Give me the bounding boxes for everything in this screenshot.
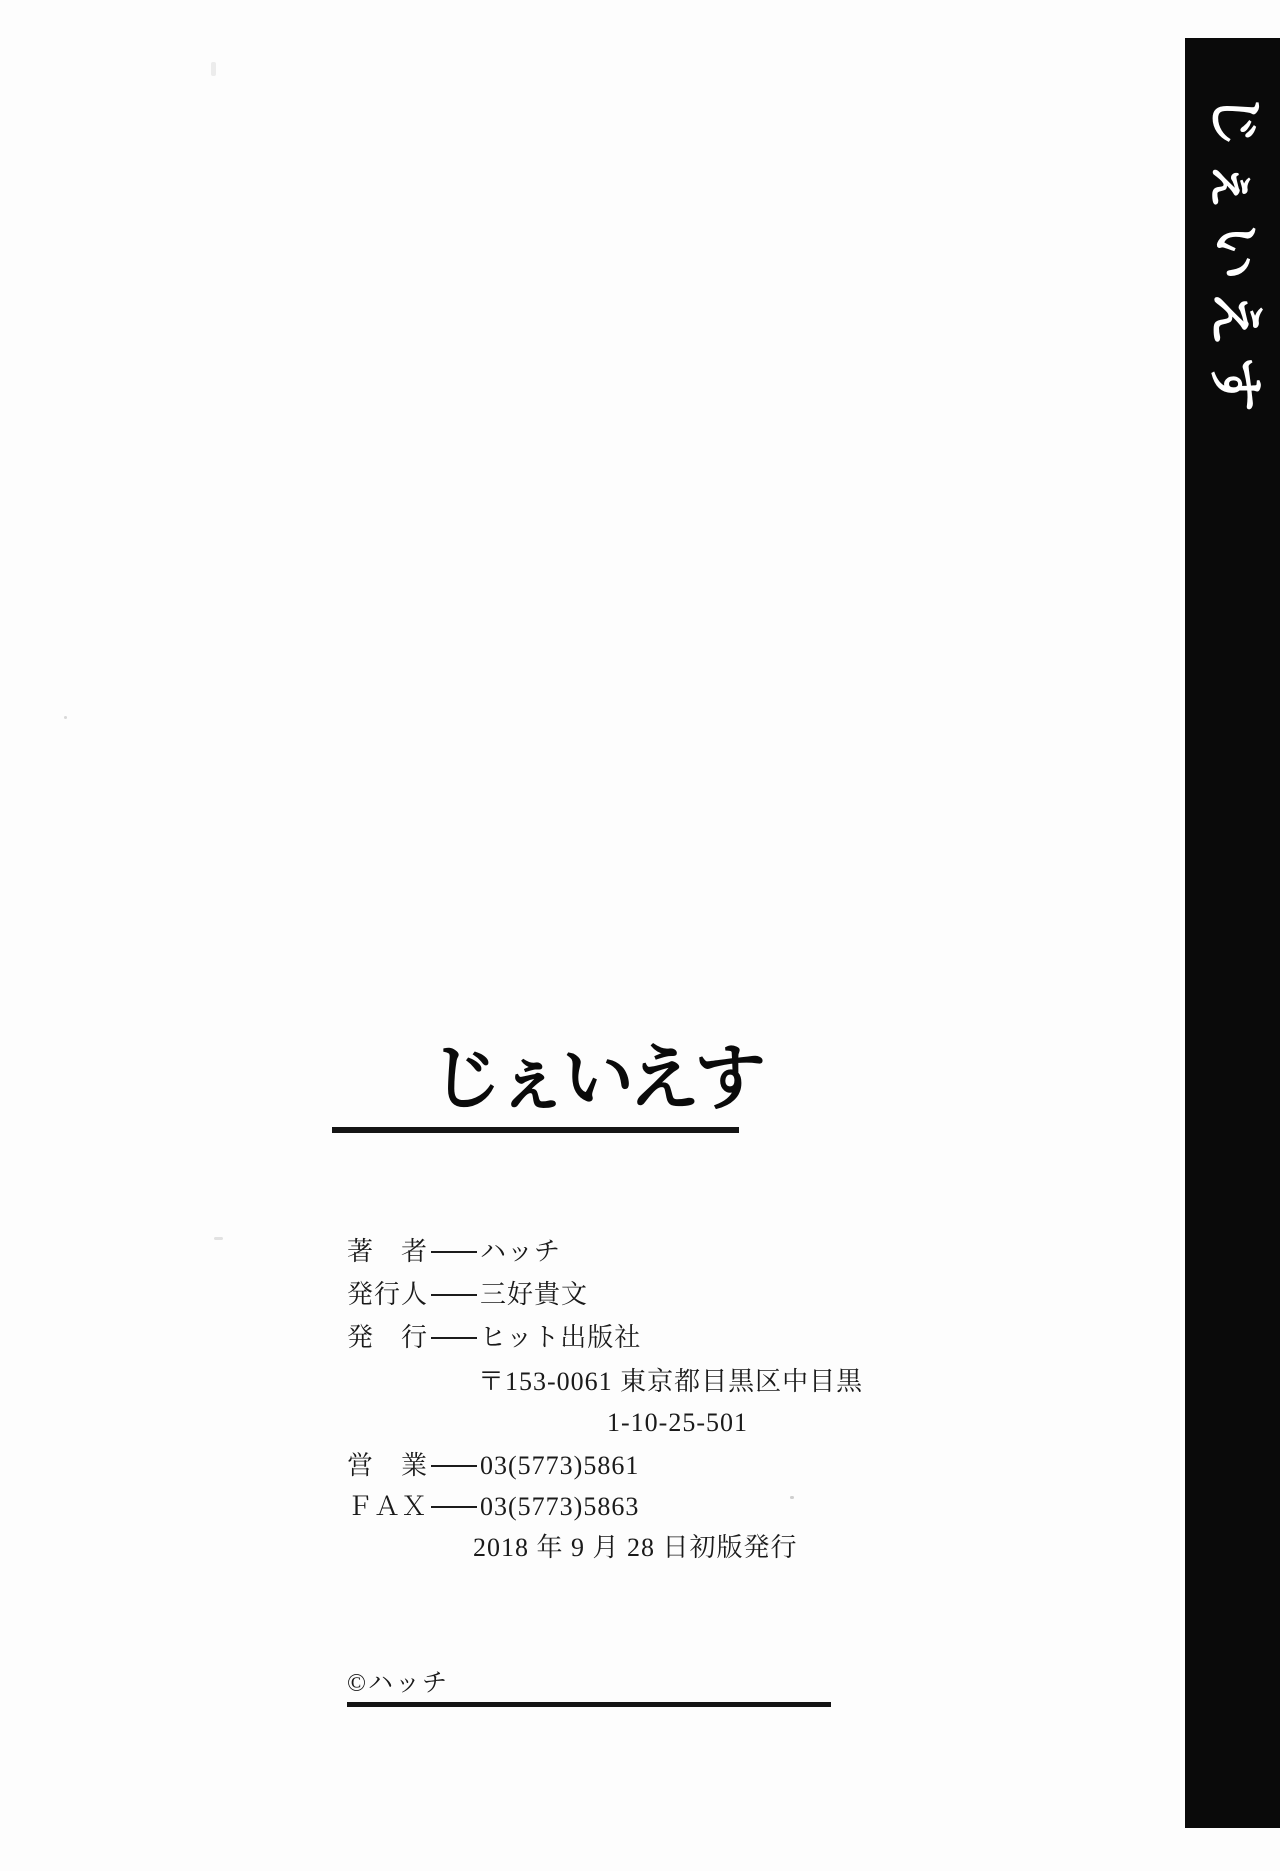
dust-speck xyxy=(214,1237,223,1240)
author-label: 著 者 xyxy=(347,1236,431,1268)
dust-speck xyxy=(64,716,67,719)
colophon-row-author: 著 者 ハッチ xyxy=(347,1236,561,1268)
colophon-row-publisher: 発 行 ヒット出版社 xyxy=(347,1322,641,1354)
publisher-label: 発 行 xyxy=(347,1322,431,1354)
spine-vertical-title: じぇいえす xyxy=(1199,92,1269,422)
colophon-row-fax: ＦＡＸ 03(5773)5863 xyxy=(347,1491,639,1523)
bottom-rule xyxy=(347,1702,831,1707)
publisher-address-line2: 1-10-25-501 xyxy=(607,1407,748,1439)
publisher-value: ヒット出版社 xyxy=(480,1322,641,1354)
dust-speck xyxy=(211,62,216,76)
sales-label: 営 業 xyxy=(347,1450,431,1482)
publisher-address-line1: 〒153-0061 東京都目黒区中目黒 xyxy=(478,1366,863,1398)
issuer-value: 三好貴文 xyxy=(480,1279,588,1311)
fax-value: 03(5773)5863 xyxy=(480,1491,639,1523)
dash-line xyxy=(431,1337,477,1339)
colophon-row-sales-phone: 営 業 03(5773)5861 xyxy=(347,1450,639,1482)
book-title: じぇいえす xyxy=(430,1039,760,1117)
sales-phone-value: 03(5773)5861 xyxy=(480,1450,639,1482)
dust-speck xyxy=(790,1496,794,1499)
colophon-row-issuer: 発行人 三好貴文 xyxy=(347,1279,588,1311)
title-underline xyxy=(332,1127,739,1133)
dash-line xyxy=(431,1465,477,1467)
fax-label: ＦＡＸ xyxy=(347,1491,431,1523)
edition-date-line: 2018 年 9 月 28 日初版発行 xyxy=(473,1532,798,1564)
author-value: ハッチ xyxy=(480,1236,561,1268)
scanned-colophon-page: じぇいえす じぇいえす 著 者 ハッチ 発行人 三好貴文 発 行 ヒット出版社 … xyxy=(0,0,1280,1871)
dash-line xyxy=(431,1251,477,1253)
issuer-label: 発行人 xyxy=(347,1279,431,1311)
dash-line xyxy=(431,1294,477,1296)
dash-line xyxy=(431,1506,477,1508)
copyright-line: ©ハッチ xyxy=(347,1669,449,1699)
